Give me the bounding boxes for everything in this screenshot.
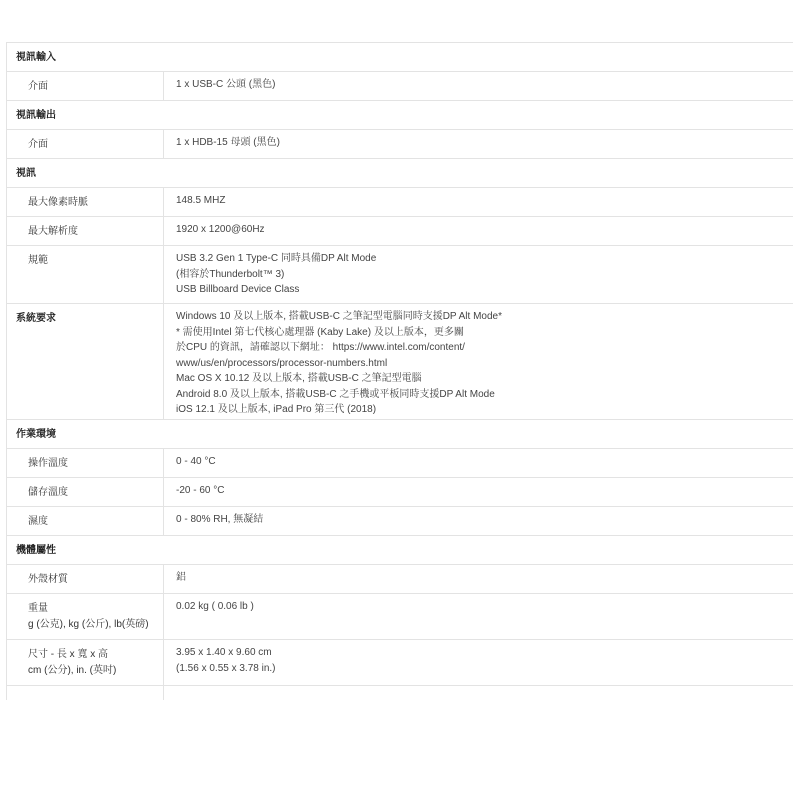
spec-value-line: * 需使用Intel 第七代核心處理器 (Kaby Lake) 及以上版本，更多… <box>176 325 785 341</box>
spec-value-text: 1 x HDB-15 母頭 (黑色) <box>176 135 785 151</box>
spec-value-line: Android 8.0 及以上版本, 搭載USB-C 之手機或平板同時支援DP … <box>176 387 785 403</box>
section-header-video-input: 視訊輸入 <box>7 43 794 72</box>
spec-value: 148.5 MHZ <box>164 188 794 217</box>
spec-row-interface-input: 介面 1 x USB-C 公頭 (黑色) <box>7 72 794 101</box>
spec-label-text: 外殼材質 <box>28 572 159 588</box>
spec-label-text: 介面 <box>28 79 159 95</box>
spec-row-specification: 規範 USB 3.2 Gen 1 Type-C 同時具備DP Alt Mode … <box>7 246 794 304</box>
spec-label: 重量 g (公克), kg (公斤), lb(英磅) <box>7 594 164 640</box>
spec-table-viewport: 視訊輸入 介面 1 x USB-C 公頭 (黑色) 視訊輸出 介面 1 x HD… <box>6 42 793 700</box>
spec-value-text: 1920 x 1200@60Hz <box>176 222 785 238</box>
spec-value-line: Mac OS X 10.12 及以上版本, 搭載USB-C 之筆記型電腦 <box>176 371 785 387</box>
spec-row-operating-temp: 操作溫度 0 - 40 °C <box>7 449 794 478</box>
section-header-video-output: 視訊輸出 <box>7 101 794 130</box>
spec-row-storage-temp: 儲存溫度 -20 - 60 °C <box>7 478 794 507</box>
spec-value-line: 3.95 x 1.40 x 9.60 cm <box>176 645 785 661</box>
spec-value: 3.95 x 1.40 x 9.60 cm (1.56 x 0.55 x 3.7… <box>164 640 794 686</box>
section-title: 視訊 <box>7 159 794 188</box>
spec-label-subtext: cm (公分), in. (英吋) <box>28 663 159 679</box>
spec-label-text: 最大解析度 <box>28 224 159 240</box>
section-title: 機體屬性 <box>7 536 794 565</box>
spec-label-text: 重量 <box>28 601 159 617</box>
spec-row-interface-output: 介面 1 x HDB-15 母頭 (黑色) <box>7 130 794 159</box>
spec-row-weight: 重量 g (公克), kg (公斤), lb(英磅) 0.02 kg ( 0.0… <box>7 594 794 640</box>
spec-label: 最大解析度 <box>7 217 164 246</box>
spec-value: 0 - 40 °C <box>164 449 794 478</box>
spec-value-line: 於CPU 的資訊，請確認以下網址： https://www.intel.com/… <box>176 340 785 356</box>
spec-row-dimensions: 尺寸 - 長 x 寬 x 高 cm (公分), in. (英吋) 3.95 x … <box>7 640 794 686</box>
spec-value-line: (相容於Thunderbolt™ 3) <box>176 267 785 283</box>
spec-label: 最大像素時脈 <box>7 188 164 217</box>
section-title: 視訊輸入 <box>7 43 794 72</box>
spec-value-text: 0.02 kg ( 0.06 lb ) <box>176 599 785 615</box>
spec-label-text: 濕度 <box>28 514 159 530</box>
spec-value: 0 - 80% RH, 無凝結 <box>164 507 794 536</box>
spec-row-max-pixel-clock: 最大像素時脈 148.5 MHZ <box>7 188 794 217</box>
spec-value-text: -20 - 60 °C <box>176 483 785 499</box>
spec-value: USB 3.2 Gen 1 Type-C 同時具備DP Alt Mode (相容… <box>164 246 794 304</box>
spec-label: 系統要求 <box>7 304 164 420</box>
spec-row-system-requirements: 系統要求 Windows 10 及以上版本, 搭載USB-C 之筆記型電腦同時支… <box>7 304 794 420</box>
spec-value: -20 - 60 °C <box>164 478 794 507</box>
spec-table: 視訊輸入 介面 1 x USB-C 公頭 (黑色) 視訊輸出 介面 1 x HD… <box>6 42 793 700</box>
spec-row-clipped <box>7 686 794 701</box>
spec-label-text: 介面 <box>28 137 159 153</box>
spec-value-line: (1.56 x 0.55 x 3.78 in.) <box>176 661 785 677</box>
section-header-video: 視訊 <box>7 159 794 188</box>
spec-label-text: 尺寸 - 長 x 寬 x 高 <box>28 647 159 663</box>
spec-value-text: 148.5 MHZ <box>176 193 785 209</box>
spec-value-line: USB Billboard Device Class <box>176 282 785 298</box>
spec-row-humidity: 濕度 0 - 80% RH, 無凝結 <box>7 507 794 536</box>
spec-value: Windows 10 及以上版本, 搭載USB-C 之筆記型電腦同時支援DP A… <box>164 304 794 420</box>
spec-label-text: 操作溫度 <box>28 456 159 472</box>
spec-label: 外殼材質 <box>7 565 164 594</box>
spec-label-subtext: g (公克), kg (公斤), lb(英磅) <box>28 617 159 633</box>
spec-value: 1920 x 1200@60Hz <box>164 217 794 246</box>
spec-row-max-resolution: 最大解析度 1920 x 1200@60Hz <box>7 217 794 246</box>
spec-value-line: Windows 10 及以上版本, 搭載USB-C 之筆記型電腦同時支援DP A… <box>176 309 785 325</box>
spec-label-text: 系統要求 <box>16 311 159 327</box>
spec-label: 濕度 <box>7 507 164 536</box>
spec-value: 1 x USB-C 公頭 (黑色) <box>164 72 794 101</box>
spec-label: 規範 <box>7 246 164 304</box>
spec-value-line: iOS 12.1 及以上版本, iPad Pro 第三代 (2018) <box>176 402 785 418</box>
spec-label <box>7 686 164 701</box>
spec-label-text: 規範 <box>28 253 159 269</box>
spec-label: 儲存溫度 <box>7 478 164 507</box>
spec-value: 0.02 kg ( 0.06 lb ) <box>164 594 794 640</box>
spec-value-text: 鋁 <box>176 570 785 586</box>
spec-label-text: 最大像素時脈 <box>28 195 159 211</box>
spec-value: 1 x HDB-15 母頭 (黑色) <box>164 130 794 159</box>
spec-value-line: www/us/en/processors/processor-numbers.h… <box>176 356 785 372</box>
spec-label: 介面 <box>7 72 164 101</box>
spec-value <box>164 686 794 701</box>
section-header-physical: 機體屬性 <box>7 536 794 565</box>
spec-value-text: 0 - 40 °C <box>176 454 785 470</box>
spec-label: 尺寸 - 長 x 寬 x 高 cm (公分), in. (英吋) <box>7 640 164 686</box>
spec-value-text: 0 - 80% RH, 無凝結 <box>176 512 785 528</box>
spec-value: 鋁 <box>164 565 794 594</box>
spec-value-line: USB 3.2 Gen 1 Type-C 同時具備DP Alt Mode <box>176 251 785 267</box>
spec-label: 介面 <box>7 130 164 159</box>
section-title: 視訊輸出 <box>7 101 794 130</box>
spec-row-enclosure-material: 外殼材質 鋁 <box>7 565 794 594</box>
section-title: 作業環境 <box>7 420 794 449</box>
spec-label-text: 儲存溫度 <box>28 485 159 501</box>
spec-value-text: 1 x USB-C 公頭 (黑色) <box>176 77 785 93</box>
section-header-environment: 作業環境 <box>7 420 794 449</box>
spec-label: 操作溫度 <box>7 449 164 478</box>
